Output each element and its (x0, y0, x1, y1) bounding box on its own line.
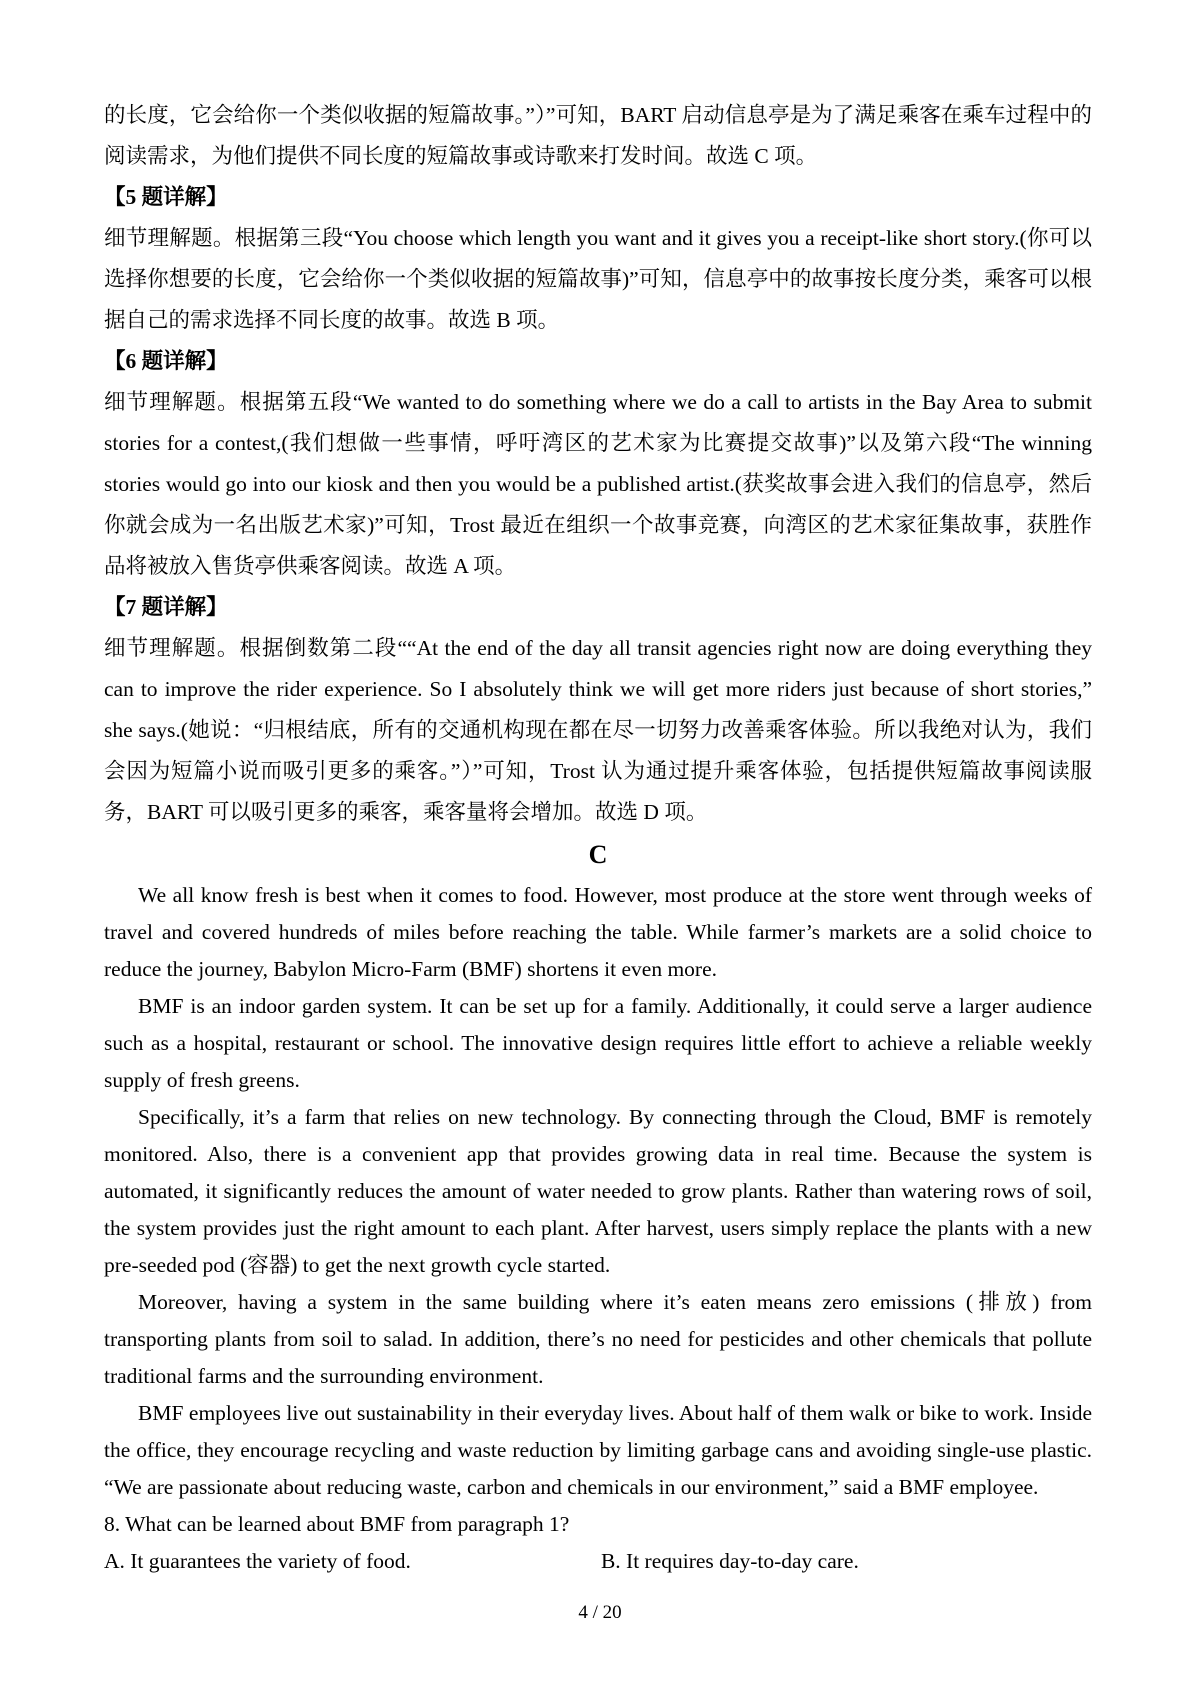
passage-paragraph-4: Moreover, having a system in the same bu… (104, 1284, 1092, 1395)
passage-paragraph-3: Specifically, it’s a farm that relies on… (104, 1099, 1092, 1284)
page-number: 4 / 20 (0, 1600, 1200, 1626)
explanation-q6-heading: 【6 题详解】 (104, 341, 1092, 382)
explanation-q4-tail: 的长度，它会给你一个类似收据的短篇故事。”）”可知，BART 启动信息亭是为了满… (104, 95, 1092, 177)
explanation-q7-body: 细节理解题。根据倒数第二段““At the end of the day all… (104, 628, 1092, 833)
question-8-stem: 8. What can be learned about BMF from pa… (104, 1506, 1092, 1543)
passage-paragraph-1: We all know fresh is best when it comes … (104, 877, 1092, 988)
question-8-options: A. It guarantees the variety of food. B.… (104, 1543, 1092, 1580)
explanation-q7-heading: 【7 题详解】 (104, 587, 1092, 628)
passage-paragraph-2: BMF is an indoor garden system. It can b… (104, 988, 1092, 1099)
explanation-q5-body: 细节理解题。根据第三段“You choose which length you … (104, 218, 1092, 341)
reading-passage: We all know fresh is best when it comes … (104, 877, 1092, 1506)
explanation-q5-heading: 【5 题详解】 (104, 177, 1092, 218)
page-content: 的长度，它会给你一个类似收据的短篇故事。”）”可知，BART 启动信息亭是为了满… (104, 95, 1092, 1580)
option-b: B. It requires day-to-day care. (601, 1543, 1092, 1580)
explanation-q6-body: 细节理解题。根据第五段“We wanted to do something wh… (104, 382, 1092, 587)
passage-paragraph-5: BMF employees live out sustainability in… (104, 1395, 1092, 1506)
option-a: A. It guarantees the variety of food. (104, 1543, 601, 1580)
passage-section-letter: C (104, 833, 1092, 877)
